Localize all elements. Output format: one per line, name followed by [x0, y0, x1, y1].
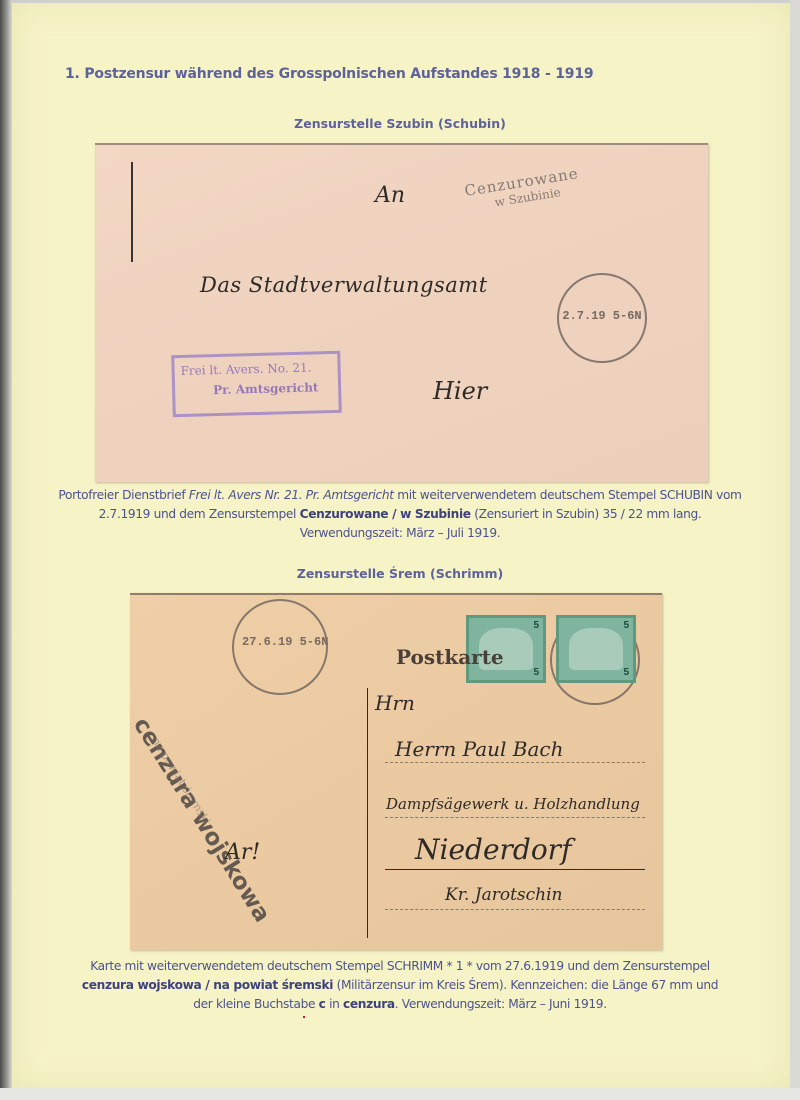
postmark-schubin: 2.7.19 5-6N [557, 273, 647, 363]
address-line [385, 817, 645, 818]
address-line [385, 869, 645, 870]
caption-bold: Cenzurowane / w Szubinie [300, 507, 471, 521]
page-title: 1. Postzensur während des Grosspolnische… [65, 66, 593, 82]
caption-text: in [326, 997, 343, 1011]
frank-stamp-line1: Frei lt. Avers. No. 21. [180, 361, 311, 378]
addressee-name: Herrn Paul Bach [395, 737, 563, 761]
address-line [385, 909, 645, 910]
addressee-prefix: An [375, 183, 405, 208]
frank-stamp-line2: Pr. Amtsgericht [213, 380, 319, 397]
scan-edge-left [0, 0, 12, 1100]
ink-speck [303, 1016, 305, 1018]
caption-text: der kleine Buchstabe [193, 997, 318, 1011]
caption-text: Karte mit weiterverwendetem deutschem St… [90, 959, 710, 973]
caption-bold: cenzura wojskowa / na powiat śremski [82, 978, 333, 992]
sender-mark: Ar! [225, 840, 260, 865]
stamp-value: 5 [533, 620, 539, 631]
caption-usage-period: Verwendungszeit: März – Juli 1919. [300, 526, 501, 540]
addressee-name: Das Stadtverwaltungsamt [200, 273, 488, 297]
envelope-szubin: An Das Stadtverwaltungsamt Hier Cenzurow… [95, 143, 708, 482]
caption-text: (Militärzensur im Kreis Śrem). Kennzeich… [333, 978, 718, 992]
postmark-date: 2.7.19 5-6N [559, 309, 645, 323]
addressee-place: Hier [433, 377, 487, 405]
caption-srem: Karte mit weiterverwendetem deutschem St… [55, 957, 745, 1014]
caption-usage-period: . Verwendungszeit: März – Juni 1919. [395, 997, 607, 1011]
postmark-date: 27.6.19 5-6N [234, 635, 334, 649]
caption-text: (Zensuriert in Szubin) 35 / 22 mm lang. [471, 507, 702, 521]
postcard-srem: 27.6.19 5-6N 5 5 5 5 Postkarte Hrn Herrn… [130, 593, 662, 950]
address-line [385, 762, 645, 763]
section-title-szubin: Zensurstelle Szubin (Schubin) [0, 116, 800, 131]
caption-szubin: Portofreier Dienstbrief Frei lt. Avers N… [55, 486, 745, 543]
section-title-srem: Zensurstelle Śrem (Schrimm) [0, 566, 800, 581]
scan-edge-right [790, 0, 800, 1100]
postmark-schrimm-1: 27.6.19 5-6N [232, 599, 328, 695]
stamp-value: 5 [623, 620, 629, 631]
stamp-value: 5 [533, 667, 539, 678]
caption-bold: cenzura [343, 997, 395, 1011]
caption-text: Portofreier Dienstbrief [58, 488, 188, 502]
postage-stamp-2: 5 5 [556, 615, 636, 683]
frank-stamp-amtsgericht: Frei lt. Avers. No. 21. Pr. Amtsgericht [171, 351, 342, 417]
addressee-business: Dampfsägewerk u. Holzhandlung [386, 795, 640, 813]
stamp-value: 5 [623, 667, 629, 678]
addressee-district: Kr. Jarotschin [445, 885, 563, 905]
addressee-town: Niederdorf [415, 833, 571, 866]
envelope-left-bar [131, 162, 133, 262]
postkarte-label: Postkarte [396, 645, 504, 669]
caption-italic: Frei lt. Avers Nr. 21. Pr. Amtsgericht [189, 488, 394, 502]
germania-figure-icon [569, 628, 623, 670]
scan-edge-bottom [0, 1088, 800, 1100]
address-divider [367, 688, 368, 938]
caption-bold: c [319, 997, 326, 1011]
censor-stamp-szubin: Cenzurowane w Szubinie [463, 164, 582, 214]
addressee-prefix: Hrn [375, 691, 415, 715]
